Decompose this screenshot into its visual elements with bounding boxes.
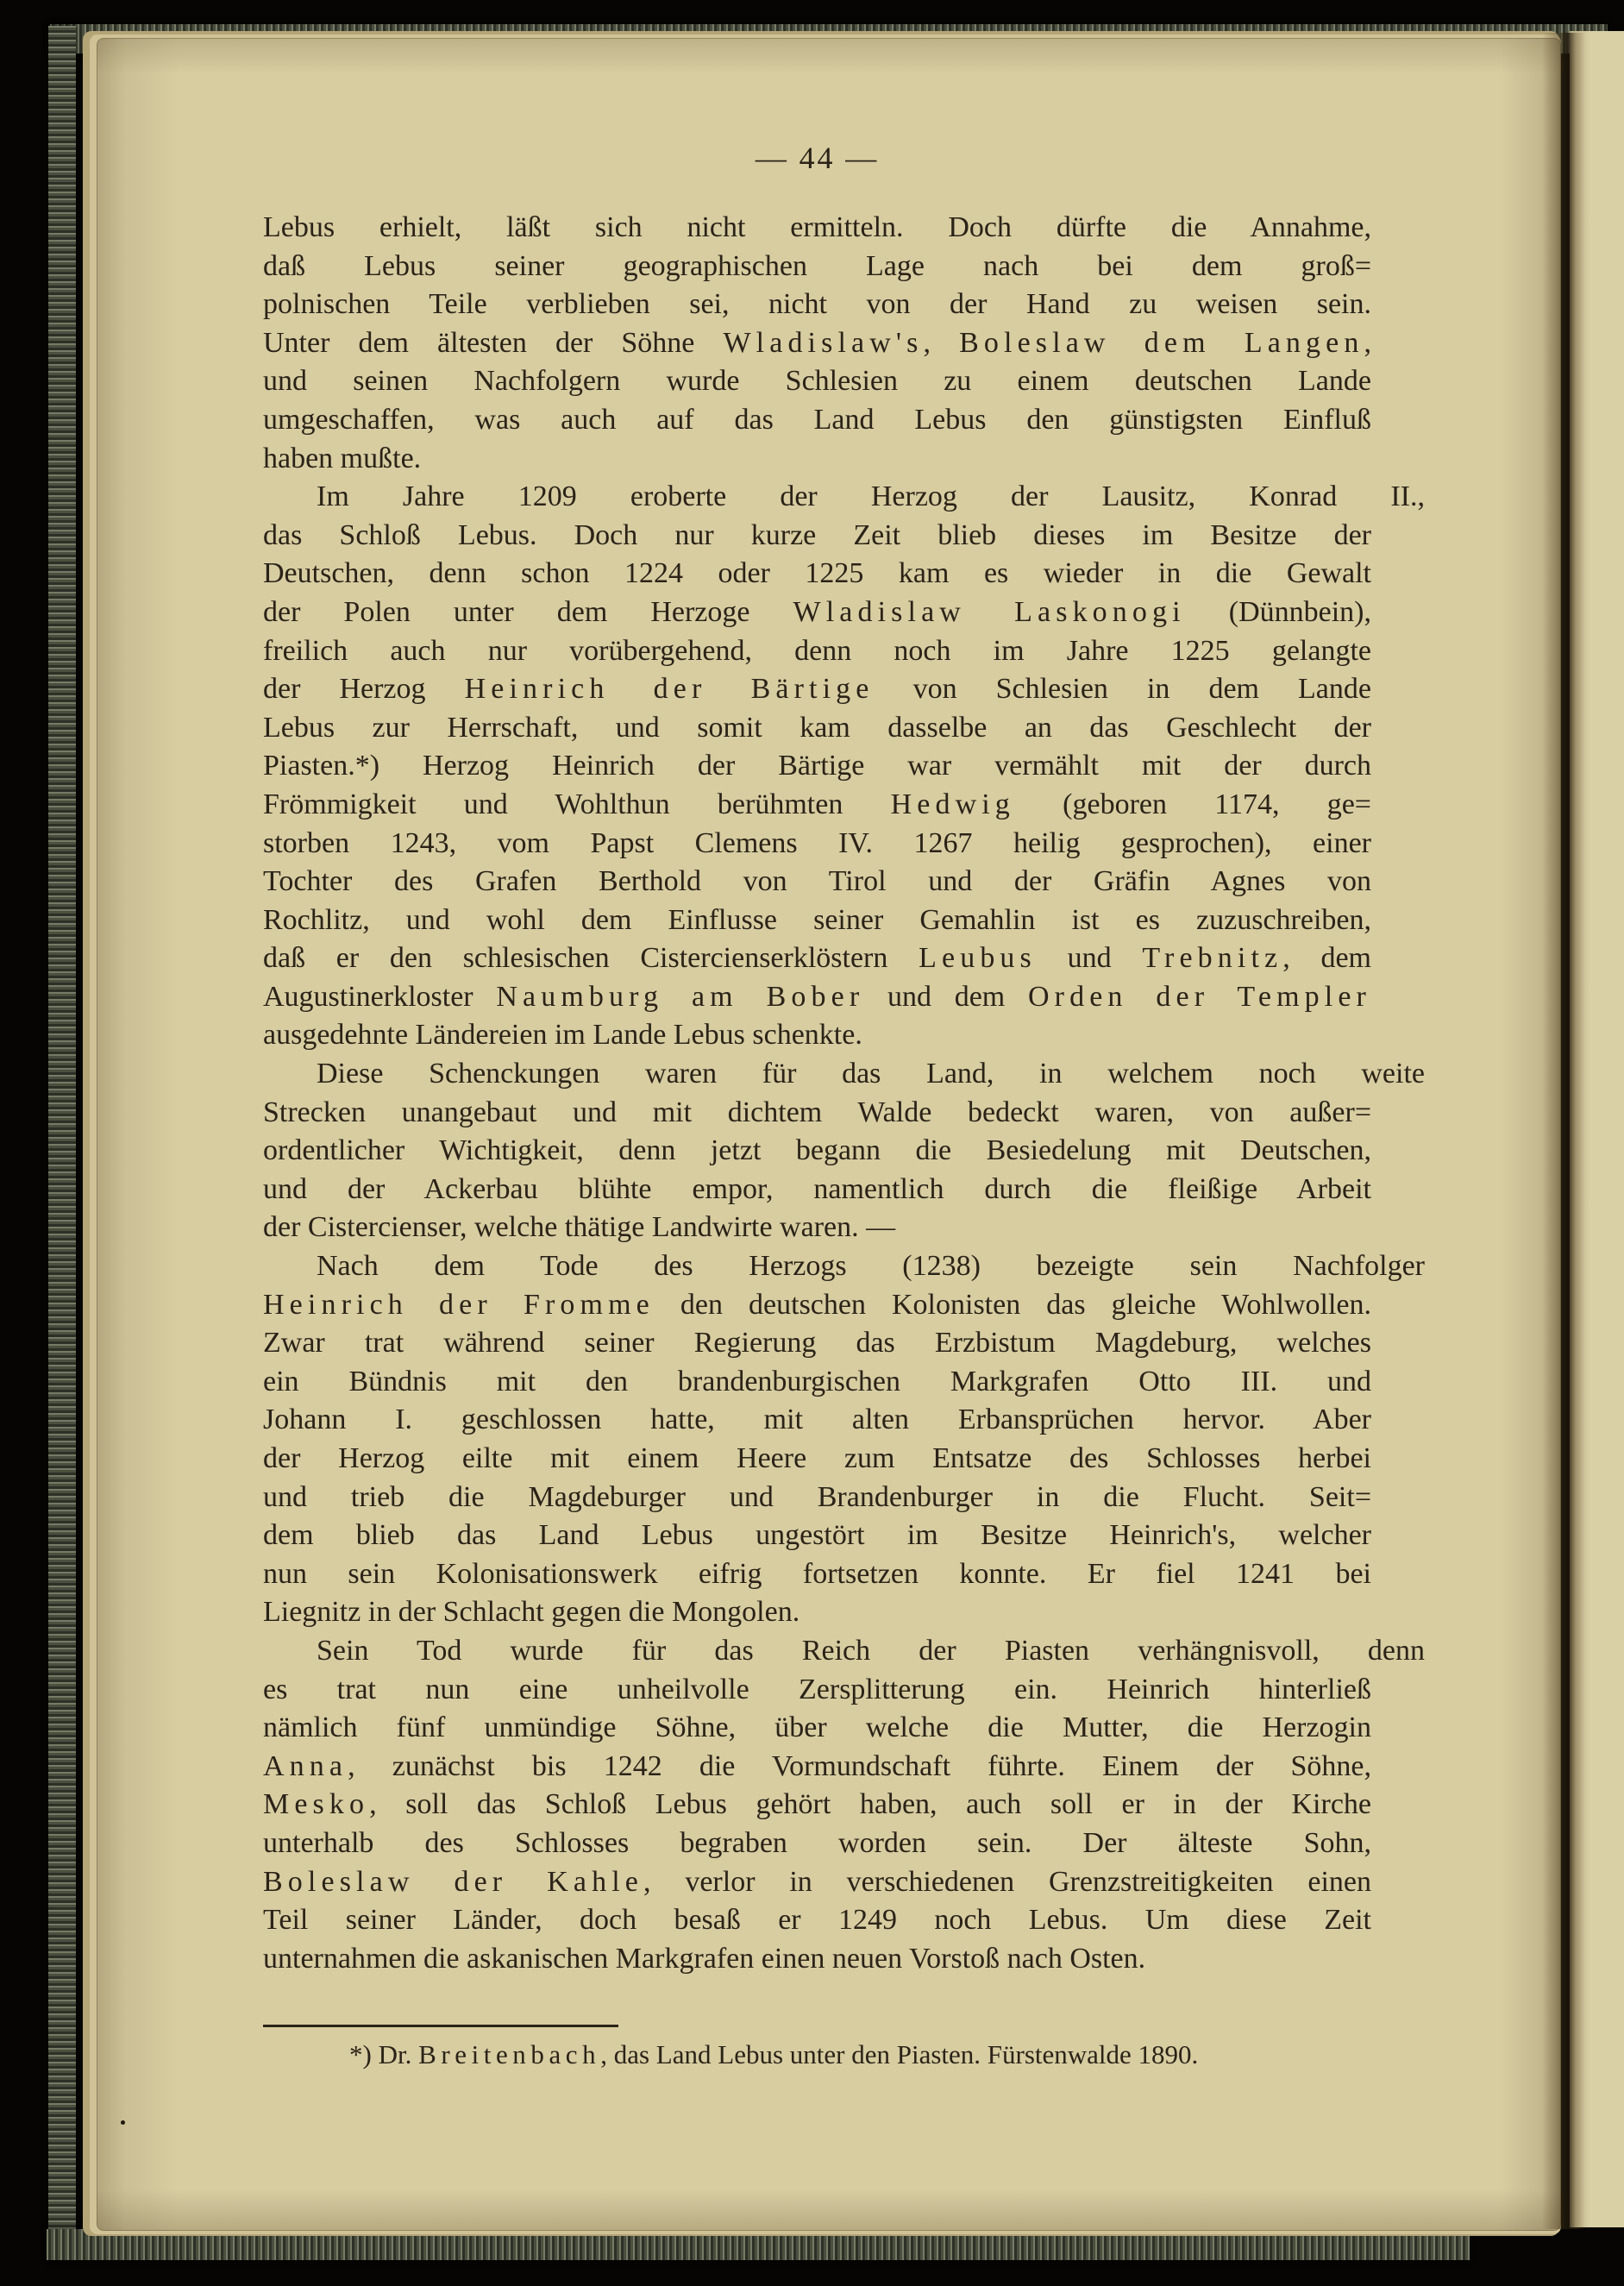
text-segment: haben mußte. bbox=[263, 443, 421, 474]
text-segment: , zunächst bis 1242 die Vormundschaft fü… bbox=[348, 1750, 1371, 1782]
text-segment: Boleslaw dem Langen bbox=[959, 327, 1364, 359]
text-segment: (geboren 1174, ge= bbox=[1015, 788, 1371, 820]
text-line: unternahmen die askanischen Markgrafen e… bbox=[263, 1940, 1371, 1979]
text-segment: Teil seiner Länder, doch besaß er 1249 n… bbox=[263, 1904, 1371, 1936]
text-line: Unter dem ältesten der Söhne Wladislaw's… bbox=[263, 324, 1371, 363]
text-segment: daß Lebus seiner geographischen Lage nac… bbox=[263, 250, 1371, 282]
text-segment: polnischen Teile verblieben sei, nicht v… bbox=[263, 288, 1371, 320]
text-segment: der Herzog bbox=[263, 673, 465, 705]
text-line: Johann I. geschlossen hatte, mit alten E… bbox=[263, 1401, 1371, 1440]
text-line: der Polen unter dem Herzoge Wladislaw La… bbox=[263, 593, 1371, 632]
text-segment: ein Bündnis mit den brandenburgischen Ma… bbox=[263, 1366, 1371, 1397]
text-line: Rochlitz, und wohl dem Einflusse seiner … bbox=[263, 901, 1371, 940]
text-segment: daß er den schlesischen Cistercienserklö… bbox=[263, 942, 919, 974]
text-segment: Naumburg am Bober bbox=[496, 981, 864, 1013]
text-line: Boleslaw der Kahle, verlor in verschiede… bbox=[263, 1863, 1371, 1902]
paper-speck bbox=[121, 2120, 125, 2125]
text-line: Diese Schenckungen waren für das Land, i… bbox=[263, 1055, 1425, 1094]
text-segment: storben 1243, vom Papst Clemens IV. 1267… bbox=[263, 827, 1371, 859]
text-block: Lebus erhielt, läßt sich nicht ermitteln… bbox=[263, 209, 1371, 1978]
text-segment: Frömmigkeit und Wohlthun berühmten bbox=[263, 788, 891, 820]
text-line: Anna, zunächst bis 1242 die Vormundschaf… bbox=[263, 1748, 1371, 1787]
text-line: Piasten.*) Herzog Heinrich der Bärtige w… bbox=[263, 747, 1371, 786]
text-line: und der Ackerbau blühte empor, namentlic… bbox=[263, 1171, 1371, 1209]
text-line: Frömmigkeit und Wohlthun berühmten Hedwi… bbox=[263, 786, 1371, 825]
text-segment: der Cistercienser, welche thätige Landwi… bbox=[263, 1211, 895, 1243]
text-segment: Zwar trat während seiner Regierung das E… bbox=[263, 1327, 1371, 1359]
text-line: Strecken unangebaut und mit dichtem Wald… bbox=[263, 1094, 1371, 1133]
text-line: der Herzog Heinrich der Bärtige von Schl… bbox=[263, 670, 1371, 709]
text-segment: Unter dem ältesten der Söhne bbox=[263, 327, 723, 359]
text-line: es trat nun eine unheilvolle Zersplitter… bbox=[263, 1671, 1371, 1710]
text-segment: Tochter des Grafen Berthold von Tirol un… bbox=[263, 865, 1371, 897]
text-segment: ordentlicher Wichtigkeit, denn jetzt beg… bbox=[263, 1134, 1371, 1166]
text-segment: von Schlesien in dem Lande bbox=[875, 673, 1371, 705]
text-segment: unternahmen die askanischen Markgrafen e… bbox=[263, 1943, 1145, 1975]
text-segment: den deutschen Kolonisten das gleiche Woh… bbox=[655, 1289, 1371, 1321]
text-line: freilich auch nur vorübergehend, denn no… bbox=[263, 632, 1371, 671]
text-segment: Anna bbox=[263, 1750, 348, 1782]
text-line: Lebus zur Herrschaft, und somit kam dass… bbox=[263, 709, 1371, 748]
text-segment: Im Jahre 1209 eroberte der Herzog der La… bbox=[317, 480, 1425, 512]
text-segment: Lebus zur Herrschaft, und somit kam dass… bbox=[263, 712, 1371, 744]
text-line: Deutschen, denn schon 1224 oder 1225 kam… bbox=[263, 555, 1371, 593]
text-line: ein Bündnis mit den brandenburgischen Ma… bbox=[263, 1363, 1371, 1402]
book-cover-edge-left bbox=[48, 26, 76, 2257]
text-segment: , soll das Schloß Lebus gehört haben, au… bbox=[369, 1788, 1371, 1820]
text-line: Zwar trat während seiner Regierung das E… bbox=[263, 1324, 1371, 1363]
text-segment: , das Land Lebus unter den Piasten. Fürs… bbox=[600, 2039, 1198, 2069]
page-gutter bbox=[1542, 33, 1585, 2229]
text-segment: Wladislaw's bbox=[723, 327, 923, 359]
text-line: daß er den schlesischen Cistercienserklö… bbox=[263, 939, 1371, 978]
text-segment: Strecken unangebaut und mit dichtem Wald… bbox=[263, 1096, 1371, 1128]
text-segment: nämlich fünf unmündige Söhne, über welch… bbox=[263, 1711, 1371, 1743]
text-line: Lebus erhielt, läßt sich nicht ermitteln… bbox=[263, 209, 1371, 248]
text-segment: unterhalb des Schlosses begraben worden … bbox=[263, 1827, 1371, 1859]
text-line: nämlich fünf unmündige Söhne, über welch… bbox=[263, 1709, 1371, 1748]
text-segment: der Polen unter dem Herzoge bbox=[263, 596, 793, 628]
text-segment: Liegnitz in der Schlacht gegen die Mongo… bbox=[263, 1596, 799, 1628]
text-segment: Leubus bbox=[919, 942, 1037, 974]
text-segment: Mesko bbox=[263, 1788, 369, 1820]
text-segment: , bbox=[924, 327, 960, 359]
book-photo: — 44 — Lebus erhielt, läßt sich nicht er… bbox=[0, 0, 1624, 2286]
text-segment: und seinen Nachfolgern wurde Schlesien z… bbox=[263, 365, 1371, 397]
text-segment: freilich auch nur vorübergehend, denn no… bbox=[263, 635, 1371, 667]
text-segment: , dem bbox=[1282, 942, 1371, 974]
text-segment: Johann I. geschlossen hatte, mit alten E… bbox=[263, 1404, 1371, 1435]
text-segment: und der Ackerbau blühte empor, namentlic… bbox=[263, 1173, 1371, 1205]
text-line: storben 1243, vom Papst Clemens IV. 1267… bbox=[263, 825, 1371, 864]
text-segment: Diese Schenckungen waren für das Land, i… bbox=[317, 1058, 1425, 1090]
text-line: Teil seiner Länder, doch besaß er 1249 n… bbox=[263, 1901, 1371, 1940]
book-page: — 44 — Lebus erhielt, läßt sich nicht er… bbox=[97, 38, 1561, 2231]
text-line: Nach dem Tode des Herzogs (1238) bezeigt… bbox=[263, 1247, 1425, 1286]
text-line: Sein Tod wurde für das Reich der Piasten… bbox=[263, 1632, 1425, 1671]
text-line: daß Lebus seiner geographischen Lage nac… bbox=[263, 248, 1371, 286]
text-line: der Herzog eilte mit einem Heere zum Ent… bbox=[263, 1440, 1371, 1479]
text-segment: Heinrich der Bärtige bbox=[465, 673, 875, 705]
footnote-text: *) Dr. Breitenbach, das Land Lebus unter… bbox=[263, 2038, 1410, 2072]
text-line: Liegnitz in der Schlacht gegen die Mongo… bbox=[263, 1593, 1371, 1632]
text-segment: Augustinerkloster bbox=[263, 981, 496, 1013]
text-segment: Breitenbach bbox=[418, 2039, 600, 2069]
text-segment: Wladislaw Laskonogi bbox=[793, 596, 1186, 628]
text-segment: Lebus erhielt, läßt sich nicht ermitteln… bbox=[263, 211, 1371, 243]
text-line: Augustinerkloster Naumburg am Bober und … bbox=[263, 978, 1371, 1017]
text-segment: *) Dr. bbox=[349, 2039, 418, 2069]
text-line: umgeschaffen, was auch auf das Land Lebu… bbox=[263, 401, 1371, 440]
text-segment: Sein Tod wurde für das Reich der Piasten… bbox=[317, 1635, 1425, 1667]
text-segment: der Herzog eilte mit einem Heere zum Ent… bbox=[263, 1442, 1371, 1474]
text-segment: Piasten.*) Herzog Heinrich der Bärtige w… bbox=[263, 750, 1371, 782]
text-segment: ausgedehnte Ländereien im Lande Lebus sc… bbox=[263, 1019, 862, 1051]
text-line: polnischen Teile verblieben sei, nicht v… bbox=[263, 286, 1371, 324]
text-line: das Schloß Lebus. Doch nur kurze Zeit bl… bbox=[263, 517, 1371, 556]
text-line: Tochter des Grafen Berthold von Tirol un… bbox=[263, 863, 1371, 901]
text-segment: es trat nun eine unheilvolle Zersplitter… bbox=[263, 1674, 1371, 1705]
page-number-header: — 44 — bbox=[263, 140, 1371, 179]
text-line: haben mußte. bbox=[263, 440, 1371, 479]
text-segment: nun sein Kolonisationswerk eifrig fortse… bbox=[263, 1558, 1371, 1590]
text-segment: das Schloß Lebus. Doch nur kurze Zeit bl… bbox=[263, 519, 1371, 551]
text-segment: Orden der Templer bbox=[1028, 981, 1371, 1013]
text-line: und seinen Nachfolgern wurde Schlesien z… bbox=[263, 362, 1371, 401]
text-segment: Boleslaw der Kahle bbox=[263, 1866, 643, 1898]
text-line: nun sein Kolonisationswerk eifrig fortse… bbox=[263, 1555, 1371, 1594]
text-line: unterhalb des Schlosses begraben worden … bbox=[263, 1824, 1371, 1863]
text-segment: , verlor in verschiedenen Grenzstreitigk… bbox=[643, 1866, 1371, 1898]
text-line: Mesko, soll das Schloß Lebus gehört habe… bbox=[263, 1786, 1371, 1824]
footnote-rule bbox=[263, 2025, 618, 2027]
text-line: der Cistercienser, welche thätige Landwi… bbox=[263, 1209, 1371, 1247]
text-segment: Trebnitz bbox=[1142, 942, 1282, 974]
text-segment: Nach dem Tode des Herzogs (1238) bezeigt… bbox=[317, 1250, 1425, 1282]
text-segment: Deutschen, denn schon 1224 oder 1225 kam… bbox=[263, 557, 1371, 589]
text-line: dem blieb das Land Lebus ungestört im Be… bbox=[263, 1517, 1371, 1555]
text-segment: Rochlitz, und wohl dem Einflusse seiner … bbox=[263, 904, 1371, 936]
text-segment: (Dünnbein), bbox=[1186, 596, 1371, 628]
text-segment: und dem bbox=[864, 981, 1028, 1013]
text-line: ausgedehnte Ländereien im Lande Lebus sc… bbox=[263, 1016, 1371, 1055]
text-segment: umgeschaffen, was auch auf das Land Lebu… bbox=[263, 404, 1371, 436]
text-segment: , bbox=[1364, 327, 1372, 359]
text-line: Im Jahre 1209 eroberte der Herzog der La… bbox=[263, 478, 1425, 517]
text-segment: und bbox=[1037, 942, 1142, 974]
text-line: Heinrich der Fromme den deutschen Koloni… bbox=[263, 1286, 1371, 1325]
text-segment: Heinrich der Fromme bbox=[263, 1289, 655, 1321]
text-segment: Hedwig bbox=[891, 788, 1015, 820]
text-segment: dem blieb das Land Lebus ungestört im Be… bbox=[263, 1519, 1371, 1551]
text-line: und trieb die Magdeburger und Brandenbur… bbox=[263, 1479, 1371, 1517]
text-segment: und trieb die Magdeburger und Brandenbur… bbox=[263, 1481, 1371, 1513]
text-line: ordentlicher Wichtigkeit, denn jetzt beg… bbox=[263, 1132, 1371, 1171]
